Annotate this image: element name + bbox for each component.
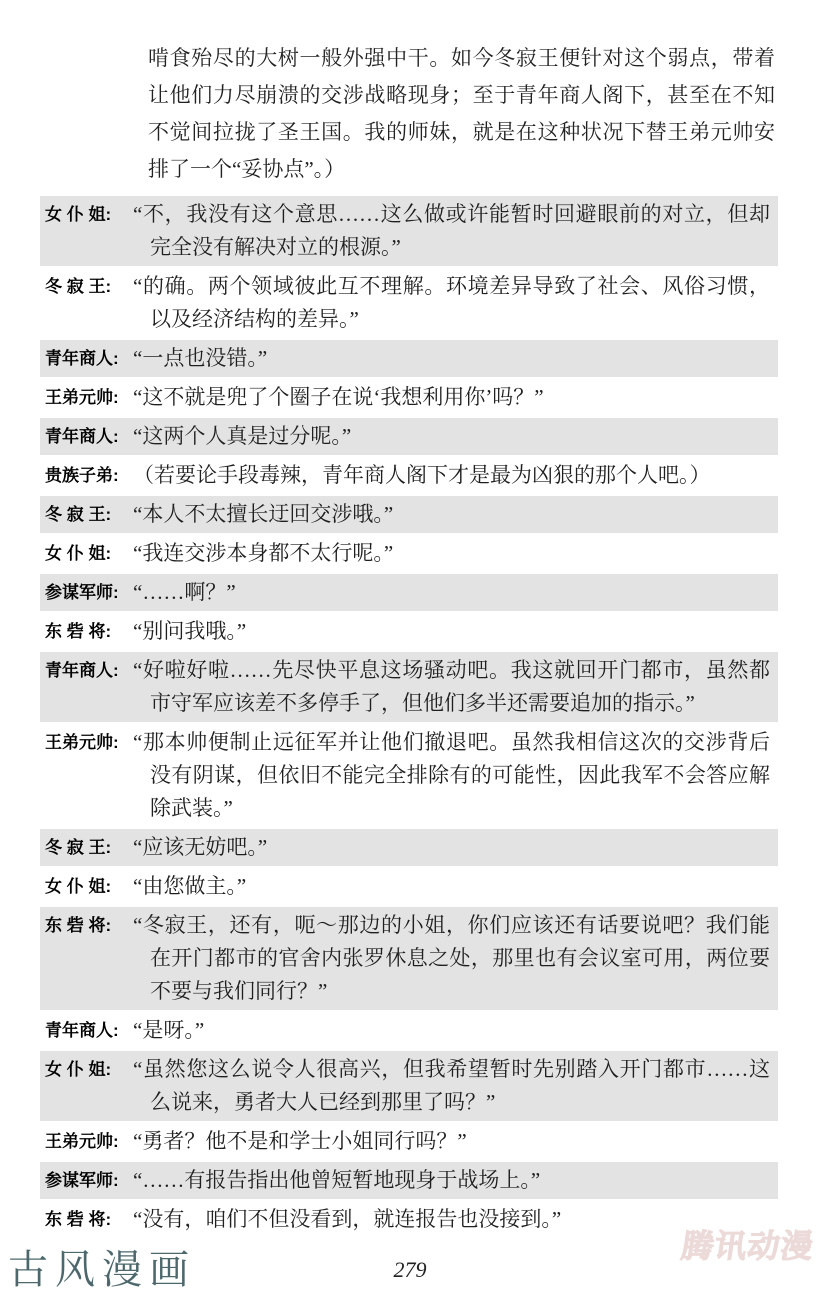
dialogue-row: 贵族子弟: （若要论手段毒辣，青年商人阁下才是最为凶狠的那个人吧。）: [40, 457, 778, 494]
dialogue-row: 王弟元帅: “那本帅便制止远征军并让他们撤退吧。虽然我相信这次的交涉背后没有阴谋…: [40, 724, 778, 827]
dialogue-text: “的确。两个领域彼此互不理解。环境差异导致了社会、风俗习惯，以及经济结构的差异。…: [133, 270, 770, 336]
page-footer: 古风漫画 279 腾讯动漫: [0, 1221, 820, 1291]
dialogue-row: 青年商人: “这两个人真是过分呢。”: [40, 418, 778, 455]
dialogue-row: 青年商人: “一点也没错。”: [40, 340, 778, 377]
speaker-name: 东 砦 将:: [45, 615, 133, 648]
speaker-name: 冬 寂 王:: [45, 831, 133, 864]
dialogue-text: “冬寂王，还有，呃～那边的小姐，你们应该还有话要说吧？我们能在开门都市的官舍内张…: [133, 909, 770, 1008]
speaker-name: 东 砦 将:: [45, 909, 133, 942]
dialogue-row: 冬 寂 王: “本人不太擅长迂回交涉哦。”: [40, 496, 778, 533]
dialogue-row: 女 仆 姐: “我连交涉本身都不太行呢。”: [40, 535, 778, 572]
speaker-name: 青年商人:: [45, 342, 133, 375]
dialogue-text: “勇者？他不是和学士小姐同行吗？”: [133, 1125, 770, 1158]
dialogue-text: “是呀。”: [133, 1014, 770, 1047]
speaker-name: 女 仆 姐:: [45, 870, 133, 903]
dialogue-text: “……啊？”: [133, 576, 770, 609]
dialogue-row: 女 仆 姐: “由您做主。”: [40, 868, 778, 905]
dialogue-text: “那本帅便制止远征军并让他们撤退吧。虽然我相信这次的交涉背后没有阴谋，但依旧不能…: [133, 726, 770, 825]
dialogue-row: 王弟元帅: “勇者？他不是和学士小姐同行吗？”: [40, 1123, 778, 1160]
dialogue-text: “应该无妨吧。”: [133, 831, 770, 864]
dialogue-row: 女 仆 姐: “虽然您这么说令人很高兴，但我希望暂时先别踏入开门都市……这么说来…: [40, 1051, 778, 1121]
dialogue-row: 冬 寂 王: “的确。两个领域彼此互不理解。环境差异导致了社会、风俗习惯，以及经…: [40, 268, 778, 338]
dialogue-text: “虽然您这么说令人很高兴，但我希望暂时先别踏入开门都市……这么说来，勇者大人已经…: [133, 1053, 770, 1119]
dialogue-row: 女 仆 姐: “不，我没有这个意思……这么做或许能暂时回避眼前的对立，但却完全没…: [40, 196, 778, 266]
speaker-name: 女 仆 姐:: [45, 198, 133, 231]
dialogue-text: “这不就是兜了个圈子在说‘我想利用你’吗？”: [133, 381, 770, 414]
dialogue-row: 参谋军师: “……啊？”: [40, 574, 778, 611]
dialogue-text: （若要论手段毒辣，青年商人阁下才是最为凶狠的那个人吧。）: [133, 459, 770, 492]
dialogue-list: 女 仆 姐: “不，我没有这个意思……这么做或许能暂时回避眼前的对立，但却完全没…: [40, 196, 778, 1238]
speaker-name: 女 仆 姐:: [45, 1053, 133, 1086]
dialogue-text: “由您做主。”: [133, 870, 770, 903]
intro-paragraph: 啃食殆尽的大树一般外强中干。如今冬寂王便针对这个弱点，带着让他们力尽崩溃的交涉战…: [148, 40, 775, 188]
dialogue-row: 东 砦 将: “别问我哦。”: [40, 613, 778, 650]
dialogue-text: “别问我哦。”: [133, 615, 770, 648]
dialogue-text: “我连交涉本身都不太行呢。”: [133, 537, 770, 570]
speaker-name: 贵族子弟:: [45, 459, 133, 492]
speaker-name: 青年商人:: [45, 1014, 133, 1047]
speaker-name: 参谋军师:: [45, 576, 133, 609]
dialogue-row: 参谋军师: “……有报告指出他曾短暂地现身于战场上。”: [40, 1162, 778, 1199]
dialogue-row: 东 砦 将: “冬寂王，还有，呃～那边的小姐，你们应该还有话要说吧？我们能在开门…: [40, 907, 778, 1010]
dialogue-row: 青年商人: “是呀。”: [40, 1012, 778, 1049]
dialogue-text: “……有报告指出他曾短暂地现身于战场上。”: [133, 1164, 770, 1197]
dialogue-text: “这两个人真是过分呢。”: [133, 420, 770, 453]
speaker-name: 冬 寂 王:: [45, 270, 133, 303]
dialogue-row: 青年商人: “好啦好啦……先尽快平息这场骚动吧。我这就回开门都市，虽然都市守军应…: [40, 652, 778, 722]
speaker-name: 王弟元帅:: [45, 1125, 133, 1158]
dialogue-text: “不，我没有这个意思……这么做或许能暂时回避眼前的对立，但却完全没有解决对立的根…: [133, 198, 770, 264]
speaker-name: 女 仆 姐:: [45, 537, 133, 570]
publisher-watermark: 腾讯动漫: [679, 1221, 817, 1267]
dialogue-row: 冬 寂 王: “应该无妨吧。”: [40, 829, 778, 866]
speaker-name: 冬 寂 王:: [45, 498, 133, 531]
speaker-name: 王弟元帅:: [45, 726, 133, 759]
dialogue-text: “一点也没错。”: [133, 342, 770, 375]
speaker-name: 王弟元帅:: [45, 381, 133, 414]
dialogue-row: 王弟元帅: “这不就是兜了个圈子在说‘我想利用你’吗？”: [40, 379, 778, 416]
speaker-name: 参谋军师:: [45, 1164, 133, 1197]
speaker-name: 青年商人:: [45, 420, 133, 453]
speaker-name: 青年商人:: [45, 654, 133, 687]
document-page: 啃食殆尽的大树一般外强中干。如今冬寂王便针对这个弱点，带着让他们力尽崩溃的交涉战…: [0, 0, 820, 1291]
dialogue-text: “本人不太擅长迂回交涉哦。”: [133, 498, 770, 531]
dialogue-text: “好啦好啦……先尽快平息这场骚动吧。我这就回开门都市，虽然都市守军应该差不多停手…: [133, 654, 770, 720]
